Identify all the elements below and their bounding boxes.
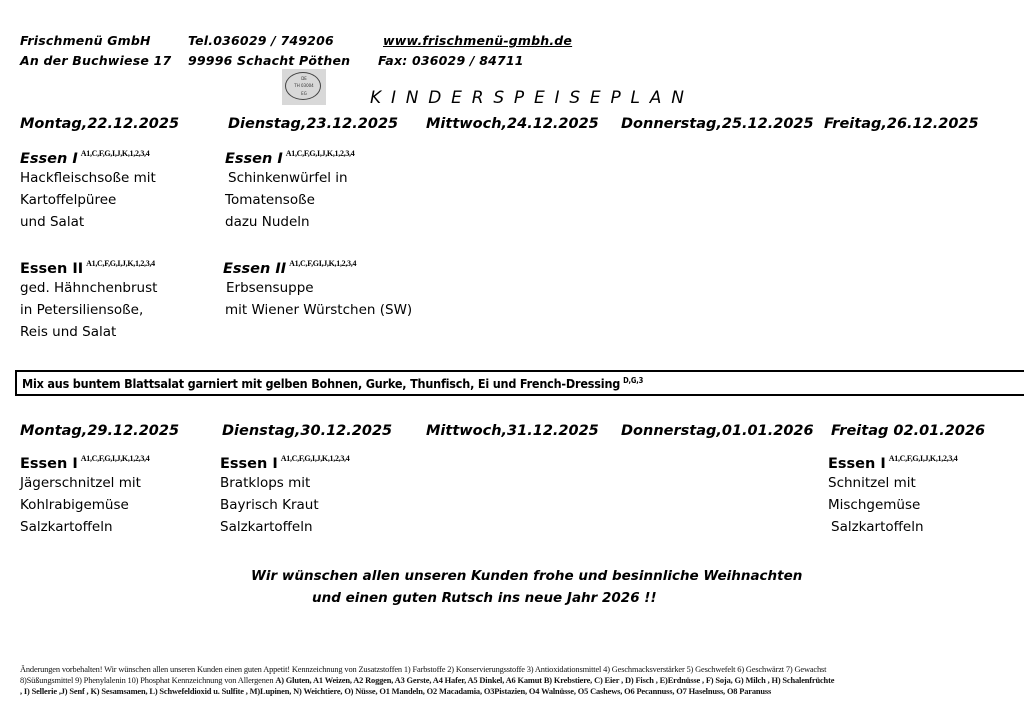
allergen-codes: A1,C,F,G,I,J,K,1,2,3,4 [286, 149, 355, 158]
meal-line: Tomatensoße [225, 189, 354, 211]
meal-line: Erbsensuppe [223, 277, 412, 299]
meal-line: Bratklops mit [220, 472, 349, 494]
meal-line: und Salat [20, 211, 156, 233]
company-phone: Tel.036029 / 749206 [188, 33, 334, 48]
company-name: Frischmenü GmbH [20, 33, 151, 48]
meal-line: mit Wiener Würstchen (SW) [223, 299, 412, 321]
company-fax: Fax: 036029 / 84711 [378, 53, 524, 68]
company-website-link[interactable]: www.frischmenü-gmbh.de [383, 33, 572, 48]
meal-line: Salzkartoffeln [20, 516, 149, 538]
stamp-line: EG [282, 91, 326, 97]
meal-tuesday-2: Essen IIA1,C,F,GI,J,K,1,2,3,4 Erbsensupp… [223, 261, 412, 321]
footer-additives: 8)Süßungsmittel 9) Phenylalenin 10) Phos… [20, 676, 275, 685]
meal-monday-w2: Essen IA1,C,F,G,I,J,K,1,2,3,4 Jägerschni… [20, 456, 149, 538]
meal-line: Jägerschnitzel mit [20, 472, 149, 494]
greeting-line-1: Wir wünschen allen unseren Kunden frohe … [251, 568, 802, 584]
day-header: Donnerstag,01.01.2026 [621, 423, 814, 439]
meal-line: Reis und Salat [20, 321, 157, 343]
stamp-line: DE [282, 76, 326, 82]
meal-line: Schinkenwürfel in [225, 167, 354, 189]
company-street: An der Buchwiese 17 [20, 53, 171, 68]
meal-line: dazu Nudeln [225, 211, 354, 233]
stamp-line: TH 03004 [282, 83, 326, 89]
footer-line-3: , I) Sellerie ,J) Senf , K) Sesamsamen, … [20, 687, 771, 696]
day-header: Donnerstag,25.12.2025 [621, 116, 814, 132]
allergen-codes: A1,C,F,G,I,J,K,1,2,3,4 [86, 259, 155, 268]
meal-label: Essen I [20, 151, 78, 167]
meal-monday-1: Essen IA1,C,F,G,I,J,K,1,2,3,4 Hackfleisc… [20, 151, 156, 233]
day-header: Dienstag,30.12.2025 [222, 423, 392, 439]
footer-allergens: A) Gluten, A1 Weizen, A2 Roggen, A3 Gers… [275, 676, 834, 685]
meal-line: Schnitzel mit [828, 472, 957, 494]
page-title: KINDERSPEISEPLAN [370, 88, 694, 108]
allergen-codes: D,G,3 [623, 376, 643, 385]
meal-label: Essen II [20, 261, 83, 277]
salad-box: Mix aus buntem Blattsalat garniert mit g… [15, 370, 1024, 396]
day-header: Freitag 02.01.2026 [831, 423, 985, 439]
allergen-codes: A1,C,F,G,I,J,K,1,2,3,4 [889, 454, 958, 463]
meal-label: Essen I [225, 151, 283, 167]
footer-line-2: 8)Süßungsmittel 9) Phenylalenin 10) Phos… [20, 676, 834, 685]
meal-line: Kohlrabigemüse [20, 494, 149, 516]
meal-line: in Petersiliensoße, [20, 299, 157, 321]
day-header: Montag,29.12.2025 [20, 423, 179, 439]
meal-label: Essen I [20, 456, 78, 472]
allergen-codes: A1,C,F,G,I,J,K,1,2,3,4 [281, 454, 350, 463]
meal-line: Hackfleischsoße mit [20, 167, 156, 189]
meal-label: Essen I [220, 456, 278, 472]
day-header: Freitag,26.12.2025 [824, 116, 979, 132]
allergen-codes: A1,C,F,G,I,J,K,1,2,3,4 [81, 454, 150, 463]
meal-monday-2: Essen IIA1,C,F,G,I,J,K,1,2,3,4 ged. Hähn… [20, 261, 157, 343]
health-mark-stamp: DE TH 03004 EG [282, 69, 326, 105]
day-header: Montag,22.12.2025 [20, 116, 179, 132]
meal-line: Bayrisch Kraut [220, 494, 349, 516]
meal-line: Mischgemüse [828, 494, 957, 516]
meal-line: ged. Hähnchenbrust [20, 277, 157, 299]
meal-label: Essen II [223, 261, 286, 277]
meal-tuesday-1: Essen IA1,C,F,G,I,J,K,1,2,3,4 Schinkenwü… [225, 151, 354, 233]
footer-line-1: Änderungen vorbehalten! Wir wünschen all… [20, 665, 826, 674]
company-city: 99996 Schacht Pöthen [188, 53, 350, 68]
meal-friday-w2: Essen IA1,C,F,G,I,J,K,1,2,3,4 Schnitzel … [828, 456, 957, 538]
salad-text: Mix aus buntem Blattsalat garniert mit g… [22, 376, 620, 391]
meal-tuesday-w2: Essen IA1,C,F,G,I,J,K,1,2,3,4 Bratklops … [220, 456, 349, 538]
meal-line: Salzkartoffeln [828, 516, 957, 538]
meal-line: Kartoffelpüree [20, 189, 156, 211]
meal-label: Essen I [828, 456, 886, 472]
allergen-codes: A1,C,F,GI,J,K,1,2,3,4 [289, 259, 356, 268]
allergen-codes: A1,C,F,G,I,J,K,1,2,3,4 [81, 149, 150, 158]
greeting-line-2: und einen guten Rutsch ins neue Jahr 202… [312, 590, 657, 606]
day-header: Mittwoch,24.12.2025 [426, 116, 599, 132]
day-header: Dienstag,23.12.2025 [228, 116, 398, 132]
meal-line: Salzkartoffeln [220, 516, 349, 538]
day-header: Mittwoch,31.12.2025 [426, 423, 599, 439]
